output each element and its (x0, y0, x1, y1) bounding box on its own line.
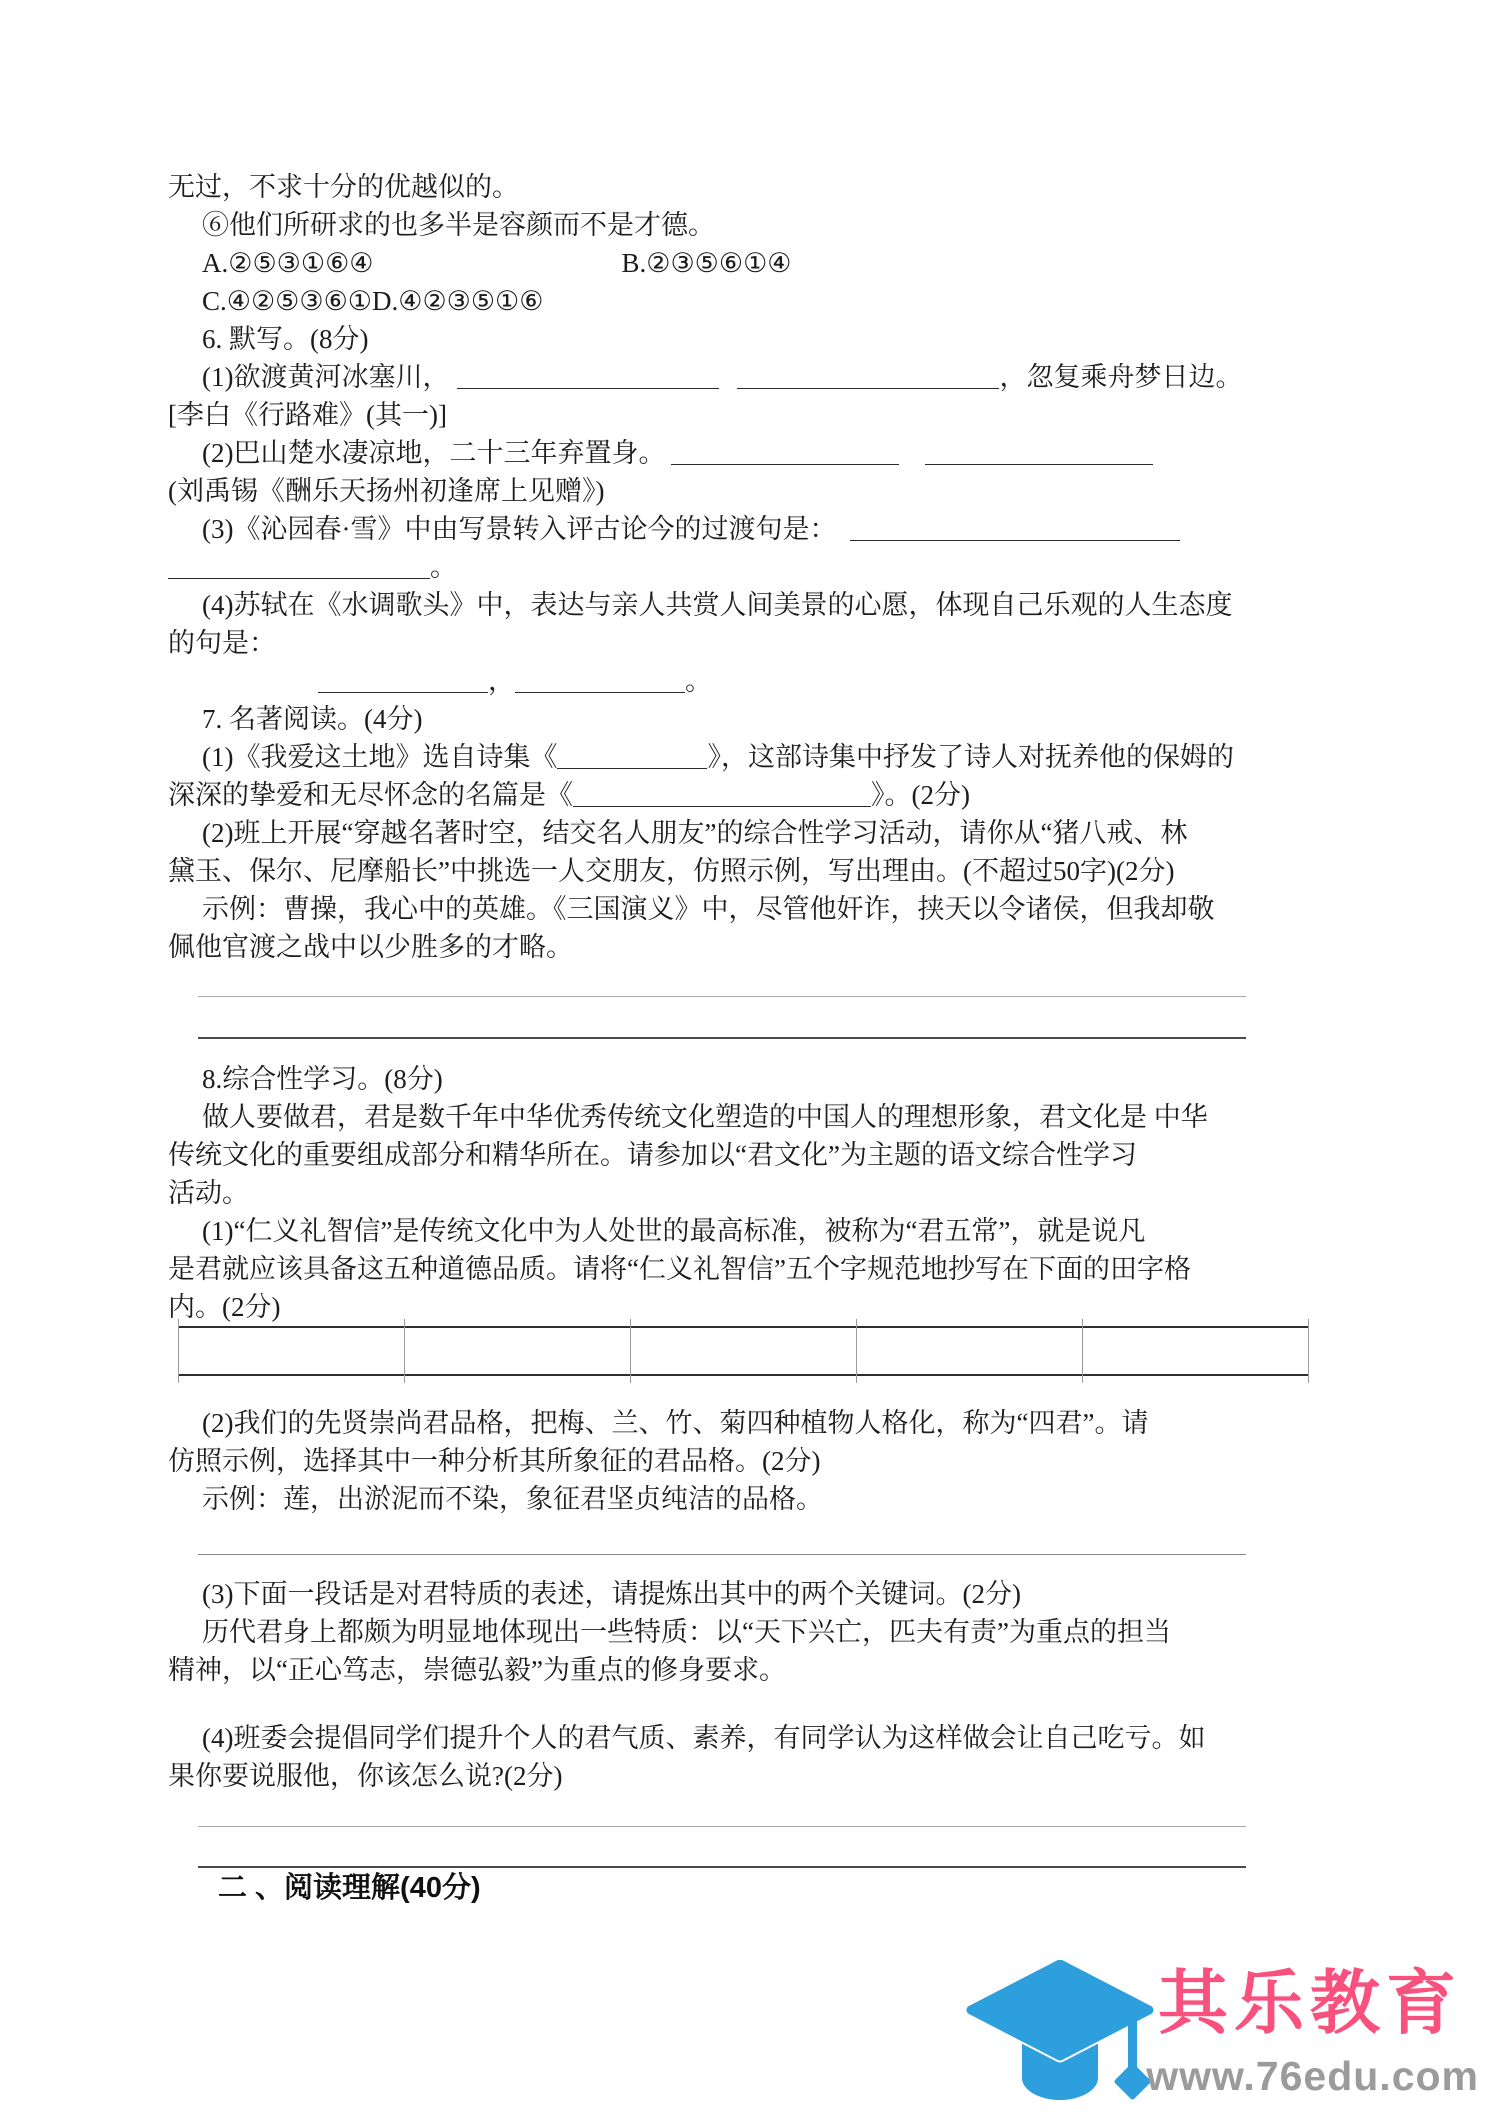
blank-field (671, 438, 899, 465)
q8-item4-line1: (4)班委会提倡同学们提升个人的君气质、素养，有同学认为这样做会让自己吃亏。如 (168, 1719, 1330, 1757)
q8-item1-text3: 内。(2分) (168, 1292, 280, 1322)
sentence-6: ⑥他们所研求的也多半是容颜而不是才德。 (202, 210, 715, 240)
q8-item3-line2: 历代君身上都颇为明显地体现出一些特质：以“天下兴亡，匹夫有责”为重点的担当 (168, 1613, 1330, 1651)
answer-line (198, 997, 1246, 1039)
brand-name: 其乐教育 (1158, 1968, 1462, 2038)
q8-item1-line3: 内。(2分) (168, 1288, 1330, 1326)
answer-line (198, 978, 1246, 997)
grid-line (1082, 1319, 1083, 1383)
blank-field (573, 780, 871, 807)
blank-field (515, 666, 685, 693)
options-line-cd: C.④②⑤③⑥①D.④②③⑤①⑥ (168, 282, 1330, 320)
q8-item2-line2: 仿照示例，选择其中一种分析其所象征的君品格。(2分) (168, 1442, 1330, 1480)
q6-item4-line2: 的句是： (168, 624, 1330, 662)
q8-item2-line1: (2)我们的先贤崇尚君品格，把梅、兰、竹、菊四种植物人格化，称为“四君”。请 (168, 1404, 1330, 1442)
q6-item2-text: (2)巴山楚水凄凉地，二十三年弃置身。 (202, 438, 665, 468)
q6-item4-text: (4)苏轼在《水调歌头》中，表达与亲人共赏人间美景的心愿，体现自己乐观的人生态度 (202, 590, 1232, 620)
q8-intro-line1: 做人要做君，君是数千年中华优秀传统文化塑造的中国人的理想形象，君文化是 中华 (168, 1098, 1330, 1136)
answer-line (198, 1827, 1246, 1868)
option-cd: C.④②⑤③⑥①D.④②③⑤①⑥ (202, 286, 543, 316)
q8-item1-text: (1)“仁义礼智信”是传统文化中为人处世的最高标准，被称为“君五常”，就是说凡 (202, 1216, 1145, 1246)
blank-field (850, 514, 1180, 541)
q7-item1-line1: (1)《我爱这土地》选自诗集《》，这部诗集中抒发了诗人对抚养他的保姆的 (168, 738, 1330, 776)
blank-field (457, 362, 719, 389)
period: 。 (430, 552, 457, 582)
q7-example-text2: 佩他官渡之战中以少胜多的才略。 (168, 932, 573, 962)
q6-item4-blank-line: ，。 (168, 662, 1330, 700)
comma: ， (488, 666, 515, 696)
q7-item2-line1: (2)班上开展“穿越名著时空，结交名人朋友”的综合性学习活动，请你从“猪八戒、林 (168, 814, 1330, 852)
q8-item1-line1: (1)“仁义礼智信”是传统文化中为人处世的最高标准，被称为“君五常”，就是说凡 (168, 1212, 1330, 1250)
blank-field (318, 666, 488, 693)
q8-title: 8.综合性学习。(8分) (168, 1060, 1330, 1098)
exam-page: 无过，不求十分的优越似的。 ⑥他们所研求的也多半是容颜而不是才德。 A.②⑤③①… (168, 168, 1330, 1908)
blank-field (925, 438, 1153, 465)
option-b: B.②③⑤⑥①④ (621, 248, 791, 278)
character-writing-grid (178, 1326, 1308, 1376)
q6-item3-blank-line: 。 (168, 548, 1330, 586)
q8-item2-example: 示例：莲，出淤泥而不染，象征君坚贞纯洁的品格。 (168, 1480, 1330, 1518)
grid-line (178, 1319, 179, 1383)
q6-item1-source: [李白《行路难》(其一)] (168, 396, 1330, 434)
blank-field (168, 552, 430, 579)
q6-item1-tail: ，忽复乘舟梦日边。 (999, 362, 1242, 392)
intro-line-1: 无过，不求十分的优越似的。 (168, 168, 1330, 206)
q8-item1-text2: 是君就应该具备这五种道德品质。请将“仁义礼智信”五个字规范地抄写在下面的田字格 (168, 1254, 1191, 1284)
q8-item4-line2: 果你要说服他，你该怎么说?(2分) (168, 1757, 1330, 1795)
q7-example-line2: 佩他官渡之战中以少胜多的才略。 (168, 928, 1330, 966)
q8-title-text: 8.综合性学习。(8分) (202, 1064, 443, 1094)
blank-field (557, 742, 707, 769)
section-2-text: 二 、阅读理解(40分) (218, 1872, 481, 1904)
q8-item4-text: (4)班委会提倡同学们提升个人的君气质、素养，有同学认为这样做会让自己吃亏。如 (202, 1723, 1205, 1753)
q8-item2-text2: 仿照示例，选择其中一种分析其所象征的君品格。(2分) (168, 1446, 820, 1476)
grid-line (630, 1319, 631, 1383)
q8-intro-text2: 传统文化的重要组成部分和精华所在。请参加以“君文化”为主题的语文综合性学习 (168, 1140, 1137, 1170)
q8-item3-text3: 精神，以“正心笃志，崇德弘毅”为重点的修身要求。 (168, 1655, 786, 1685)
footer-logo: 其乐教育 www.76edu.com (960, 1958, 1485, 2112)
q7-example-line1: 示例：曹操，我心中的英雄。《三国演义》中，尽管他奸诈，挟天以令诸侯，但我却敬 (168, 890, 1330, 928)
q7-item2-text: (2)班上开展“穿越名著时空，结交名人朋友”的综合性学习活动，请你从“猪八戒、林 (202, 818, 1187, 848)
q7-title: 7. 名著阅读。(4分) (168, 700, 1330, 738)
grid-line (856, 1319, 857, 1383)
q7-item1-text: (1)《我爱这土地》选自诗集《 (202, 742, 557, 772)
q7-title-text: 7. 名著阅读。(4分) (202, 704, 422, 734)
q8-item3-line1: (3)下面一段话是对君特质的表述，请提炼出其中的两个关键词。(2分) (168, 1575, 1330, 1613)
q6-item3: (3)《沁园春·雪》中由写景转入评古论今的过渡句是： (168, 510, 1330, 548)
q6-item4-line1: (4)苏轼在《水调歌头》中，表达与亲人共赏人间美景的心愿，体现自己乐观的人生态度 (168, 586, 1330, 624)
q8-item3-line3: 精神，以“正心笃志，崇德弘毅”为重点的修身要求。 (168, 1651, 1330, 1689)
answer-line (198, 1807, 1246, 1827)
answer-line (198, 1532, 1246, 1555)
period: 。 (685, 666, 712, 696)
q6-item2-source: (刘禹锡《酬乐天扬州初逢席上见赠》) (168, 472, 1330, 510)
source-citation: [李白《行路难》(其一)] (168, 400, 447, 430)
grid-line (404, 1319, 405, 1383)
section-2-heading: 二 、阅读理解(40分) (168, 1868, 1330, 1908)
graduation-cap-icon (965, 1960, 1155, 2112)
q8-item2-text: (2)我们的先贤崇尚君品格，把梅、兰、竹、菊四种植物人格化，称为“四君”。请 (202, 1408, 1148, 1438)
q6-title: 6. 默写。(8分) (168, 320, 1330, 358)
q6-item4-text2: 的句是： (168, 628, 276, 658)
q7-item1-mid: 》，这部诗集中抒发了诗人对抚养他的保姆的 (707, 742, 1234, 772)
q8-intro-line3: 活动。 (168, 1174, 1330, 1212)
source-citation: (刘禹锡《酬乐天扬州初逢席上见赠》) (168, 476, 604, 506)
option-a: A.②⑤③①⑥④ (202, 248, 373, 278)
q7-item2-text2: 黛玉、保尔、尼摩船长”中挑选一人交朋友，仿照示例，写出理由。(不超过50字)(2… (168, 856, 1174, 886)
website-url: www.76edu.com (1146, 2054, 1479, 2098)
q6-item2: (2)巴山楚水凄凉地，二十三年弃置身。 (168, 434, 1330, 472)
q8-item1-line2: 是君就应该具备这五种道德品质。请将“仁义礼智信”五个字规范地抄写在下面的田字格 (168, 1250, 1330, 1288)
q6-title-text: 6. 默写。(8分) (202, 324, 368, 354)
q6-item1-text: (1)欲渡黄河冰塞川， (202, 362, 449, 392)
q7-item1-tail: 》。(2分) (871, 780, 970, 810)
q8-intro-text: 做人要做君，君是数千年中华优秀传统文化塑造的中国人的理想形象，君文化是 中华 (202, 1102, 1208, 1132)
intro-line-2: ⑥他们所研求的也多半是容颜而不是才德。 (168, 206, 1330, 244)
q8-example-text: 示例：莲，出淤泥而不染，象征君坚贞纯洁的品格。 (202, 1484, 823, 1514)
q7-item2-line2: 黛玉、保尔、尼摩船长”中挑选一人交朋友，仿照示例，写出理由。(不超过50字)(2… (168, 852, 1330, 890)
q6-item1: (1)欲渡黄河冰塞川，，忽复乘舟梦日边。 (168, 358, 1330, 396)
q8-intro-line2: 传统文化的重要组成部分和精华所在。请参加以“君文化”为主题的语文综合性学习 (168, 1136, 1330, 1174)
blank-field (737, 362, 999, 389)
q8-item4-text2: 果你要说服他，你该怎么说?(2分) (168, 1761, 562, 1791)
q7-item1-text2: 深深的挚爱和无尽怀念的名篇是《 (168, 780, 573, 810)
q6-item3-text: (3)《沁园春·雪》中由写景转入评古论今的过渡句是： (202, 514, 836, 544)
intro-text: 无过，不求十分的优越似的。 (168, 172, 519, 202)
q8-item3-text: (3)下面一段话是对君特质的表述，请提炼出其中的两个关键词。(2分) (202, 1579, 1021, 1609)
q8-item3-text2: 历代君身上都颇为明显地体现出一些特质：以“天下兴亡，匹夫有责”为重点的担当 (202, 1617, 1171, 1647)
q7-item1-line2: 深深的挚爱和无尽怀念的名篇是《》。(2分) (168, 776, 1330, 814)
q7-example-text: 示例：曹操，我心中的英雄。《三国演义》中，尽管他奸诈，挟天以令诸侯，但我却敬 (202, 894, 1215, 924)
grid-line (1308, 1319, 1309, 1383)
options-line-ab: A.②⑤③①⑥④B.②③⑤⑥①④ (168, 244, 1330, 282)
q8-intro-text3: 活动。 (168, 1178, 249, 1208)
